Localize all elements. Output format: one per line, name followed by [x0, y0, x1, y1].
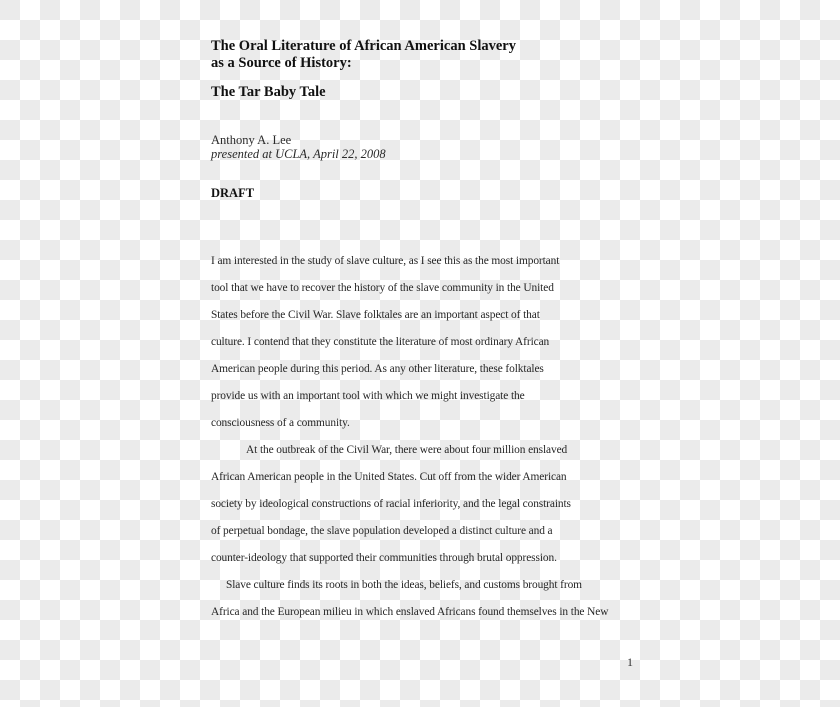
title-line-1: The Oral Literature of African American … — [211, 38, 516, 55]
body-line: African American people in the United St… — [211, 471, 567, 483]
body-line: American people during this period. As a… — [211, 363, 544, 375]
body-line: Slave culture finds its roots in both th… — [226, 579, 582, 591]
body-line: consciousness of a community. — [211, 417, 350, 429]
body-line: society by ideological constructions of … — [211, 498, 571, 510]
document-page: The Oral Literature of African American … — [0, 0, 840, 707]
author-name: Anthony A. Lee — [211, 133, 291, 148]
body-line: of perpetual bondage, the slave populati… — [211, 525, 553, 537]
body-line: counter-ideology that supported their co… — [211, 552, 557, 564]
body-line: At the outbreak of the Civil War, there … — [246, 444, 567, 456]
body-line: I am interested in the study of slave cu… — [211, 255, 559, 267]
presentation-info: presented at UCLA, April 22, 2008 — [211, 147, 386, 162]
body-line: culture. I contend that they constitute … — [211, 336, 549, 348]
page-number: 1 — [627, 655, 633, 670]
body-line: tool that we have to recover the history… — [211, 282, 554, 294]
body-line: Africa and the European milieu in which … — [211, 606, 608, 618]
title-line-2: as a Source of History: — [211, 55, 352, 72]
body-line: provide us with an important tool with w… — [211, 390, 525, 402]
subtitle: The Tar Baby Tale — [211, 84, 326, 101]
body-line: States before the Civil War. Slave folkt… — [211, 309, 540, 321]
draft-label: DRAFT — [211, 186, 254, 201]
